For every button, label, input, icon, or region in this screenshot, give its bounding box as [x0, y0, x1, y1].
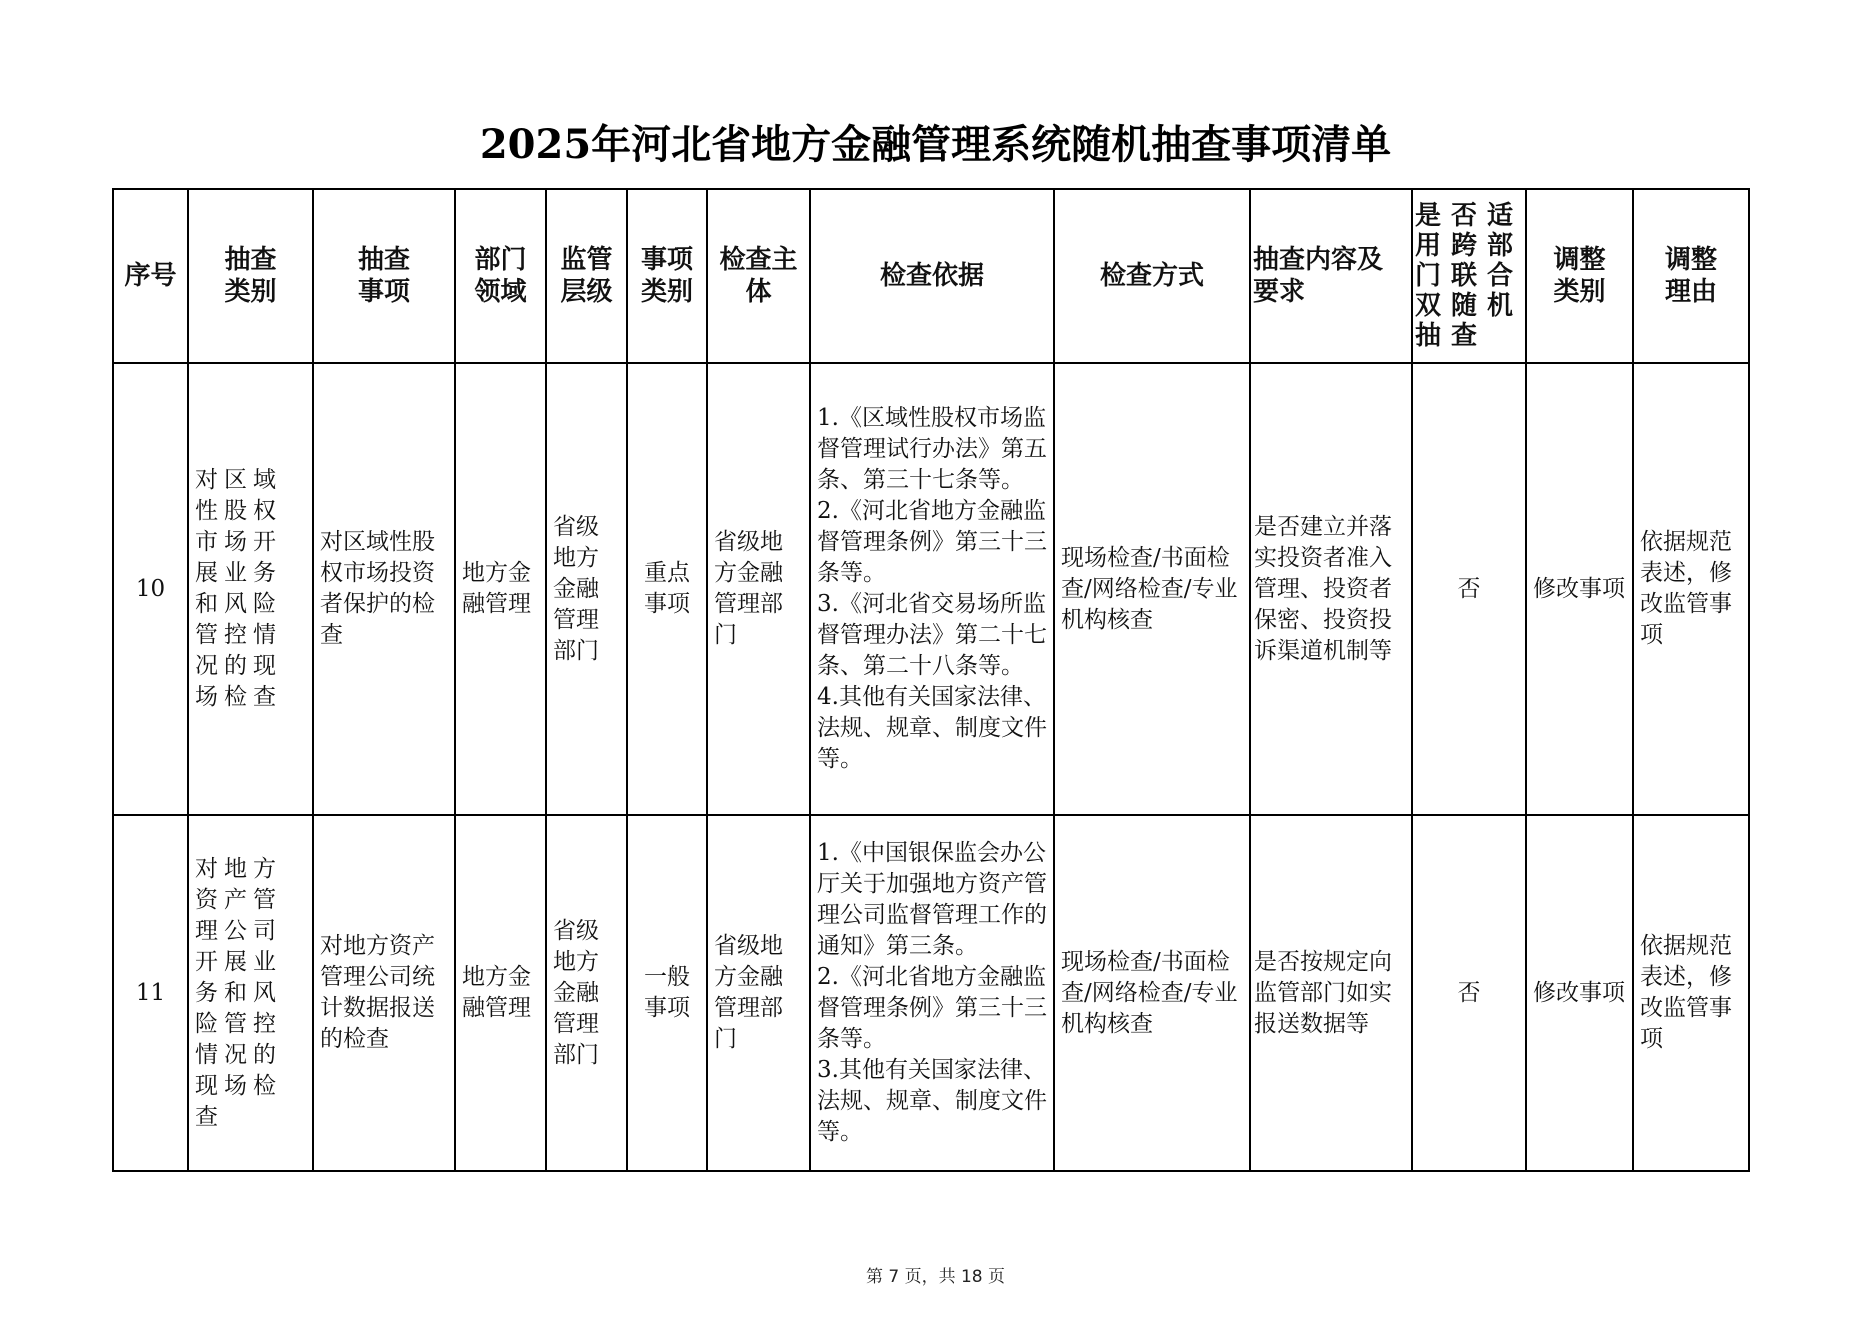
cell-adjust-type: 修改事项 [1526, 363, 1633, 815]
cell-subject: 省级地方金融管理部门 [707, 815, 810, 1171]
cell-method: 现场检查/书面检查/网络检查/专业机构核查 [1054, 363, 1250, 815]
header-method: 检查方式 [1054, 189, 1250, 363]
cell-basis: 1.《区域性股权市场监督管理试行办法》第五条、第三十七条等。 2.《河北省地方金… [810, 363, 1054, 815]
header-subject: 检查主 体 [707, 189, 810, 363]
table-header-row: 序号 抽查 类别 抽查 事项 部门 领域 监管 层级 事项 类别 检查主 体 检… [113, 189, 1749, 363]
header-domain: 部门 领域 [455, 189, 546, 363]
cell-adjust-reason: 依据规范表述，修改监管事项 [1633, 363, 1749, 815]
header-item-type: 事项 类别 [627, 189, 707, 363]
inspection-items-table: 序号 抽查 类别 抽查 事项 部门 领域 监管 层级 事项 类别 检查主 体 检… [112, 188, 1750, 1172]
cell-item: 对区域性股权市场投资者保护的检查 [313, 363, 455, 815]
cell-category: 对地方资产管理公司开展业务和风险管控情况的现场检查 [188, 815, 313, 1171]
page-number: 第 7 页，共 18 页 [0, 1262, 1871, 1287]
cell-level: 省级地方金融管理部门 [546, 815, 627, 1171]
cell-item: 对地方资产管理公司统计数据报送的检查 [313, 815, 455, 1171]
header-adjust-type: 调整 类别 [1526, 189, 1633, 363]
header-level: 监管 层级 [546, 189, 627, 363]
cell-domain: 地方金融管理 [455, 815, 546, 1171]
cell-method: 现场检查/书面检查/网络检查/专业机构核查 [1054, 815, 1250, 1171]
cell-cross-dept: 否 [1412, 363, 1526, 815]
cell-level: 省级地方金融管理部门 [546, 363, 627, 815]
cell-basis: 1.《中国银保监会办公厅关于加强地方资产管理公司监督管理工作的通知》第三条。 2… [810, 815, 1054, 1171]
cell-content: 是否建立并落实投资者准入管理、投资者保密、投资投诉渠道机制等 [1250, 363, 1412, 815]
header-basis: 检查依据 [810, 189, 1054, 363]
cell-item-type: 一般事项 [627, 815, 707, 1171]
header-item: 抽查 事项 [313, 189, 455, 363]
header-adjust-reason: 调整 理由 [1633, 189, 1749, 363]
table-row: 11 对地方资产管理公司开展业务和风险管控情况的现场检查 对地方资产管理公司统计… [113, 815, 1749, 1171]
document-title: 2025年河北省地方金融管理系统随机抽查事项清单 [0, 118, 1871, 172]
cell-seq: 10 [113, 363, 188, 815]
cell-cross-dept: 否 [1412, 815, 1526, 1171]
cell-item-type: 重点事项 [627, 363, 707, 815]
header-seq: 序号 [113, 189, 188, 363]
header-cross-dept: 是否适 用跨部 门联合 双随机 抽查 [1412, 189, 1526, 363]
cell-domain: 地方金融管理 [455, 363, 546, 815]
cell-seq: 11 [113, 815, 188, 1171]
header-content: 抽查内容及 要求 [1250, 189, 1412, 363]
cell-adjust-type: 修改事项 [1526, 815, 1633, 1171]
cell-content: 是否按规定向监管部门如实报送数据等 [1250, 815, 1412, 1171]
cell-category: 对区域性股权市场开展业务和风险管控情况的现场检查 [188, 363, 313, 815]
table-row: 10 对区域性股权市场开展业务和风险管控情况的现场检查 对区域性股权市场投资者保… [113, 363, 1749, 815]
cell-subject: 省级地方金融管理部门 [707, 363, 810, 815]
cell-adjust-reason: 依据规范表述，修改监管事项 [1633, 815, 1749, 1171]
header-category: 抽查 类别 [188, 189, 313, 363]
